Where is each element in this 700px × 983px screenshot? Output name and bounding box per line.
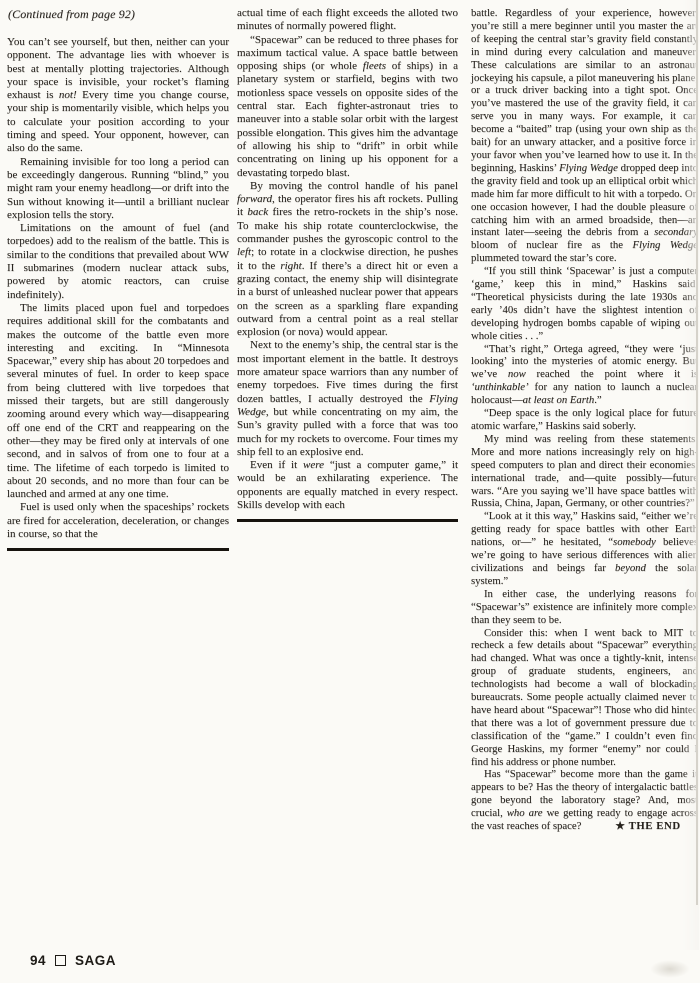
column-end-rule: [237, 519, 458, 522]
paragraph: Has “Spacewar” become more than the game…: [471, 768, 698, 833]
magazine-name: SAGA: [75, 953, 116, 968]
italic-text: somebody: [613, 536, 656, 548]
paragraph: “Look at it this way,” Haskins said, “ei…: [471, 510, 698, 587]
column-end-rule: [7, 548, 229, 551]
italic-text: now: [508, 368, 526, 380]
page-footer: 94 SAGA: [30, 953, 116, 968]
article-column-2: actual time of each flight exceeds the a…: [237, 7, 458, 522]
italic-text: fleets: [363, 60, 386, 72]
paragraph: “Spacewar” can be reduced to three phase…: [237, 34, 458, 180]
italic-text: back: [247, 206, 268, 218]
italic-text: beyond: [615, 562, 646, 574]
italic-text: Flying Wedge: [632, 239, 698, 251]
paragraph: Limitations on the amount of fuel (and t…: [7, 222, 229, 302]
end-mark: ★ THE END: [615, 820, 680, 832]
italic-text: Flying Wedge: [237, 393, 458, 418]
column-text: actual time of each flight exceeds the a…: [237, 7, 458, 512]
magazine-page: (Continued from page 92) You can’t see y…: [0, 0, 700, 983]
scan-smudge: [650, 960, 690, 978]
paragraph: battle. Regardless of your experience, h…: [471, 7, 698, 265]
article-column-1: You can’t see yourself, but then, neithe…: [7, 36, 229, 551]
italic-text: ‘unthinkable’: [471, 381, 529, 393]
paragraph: By moving the control handle of his pane…: [237, 180, 458, 340]
paragraph: Fuel is used only when the spaceships’ r…: [7, 501, 229, 541]
paragraph: Consider this: when I went back to MIT t…: [471, 627, 698, 769]
italic-text: at least on Earth: [523, 394, 595, 406]
column-text: You can’t see yourself, but then, neithe…: [7, 36, 229, 541]
article-column-3: battle. Regardless of your experience, h…: [471, 7, 698, 833]
italic-text: right: [280, 260, 301, 272]
page-number: 94: [30, 953, 46, 968]
italic-text: forward: [237, 193, 272, 205]
paragraph: actual time of each flight exceeds the a…: [237, 7, 458, 34]
paragraph: In either case, the underlying reasons f…: [471, 588, 698, 627]
paragraph: “If you still think ‘Spacewar’ is just a…: [471, 265, 698, 342]
paragraph: The limits placed upon fuel and torpedoe…: [7, 302, 229, 501]
italic-text: left: [237, 246, 251, 258]
paragraph: Remaining invisible for too long a perio…: [7, 156, 229, 222]
paragraph: You can’t see yourself, but then, neithe…: [7, 36, 229, 156]
paragraph: My mind was reeling from these statement…: [471, 433, 698, 510]
paragraph: Next to the enemy’s ship, the central st…: [237, 339, 458, 459]
paragraph: “That’s right,” Ortega agreed, “they wer…: [471, 343, 698, 408]
paragraph: Even if it were “just a computer game,” …: [237, 459, 458, 512]
page-edge-line: [696, 0, 698, 905]
box-icon: [55, 955, 66, 966]
italic-text: were: [303, 459, 324, 471]
italic-text: not!: [59, 89, 77, 101]
continued-note: (Continued from page 92): [8, 7, 135, 22]
italic-text: who are: [507, 807, 543, 819]
paragraph: “Deep space is the only logical place fo…: [471, 407, 698, 433]
italic-text: Flying Wedge: [559, 162, 618, 174]
column-text: battle. Regardless of your experience, h…: [471, 7, 698, 833]
italic-text: secondary: [654, 226, 698, 238]
